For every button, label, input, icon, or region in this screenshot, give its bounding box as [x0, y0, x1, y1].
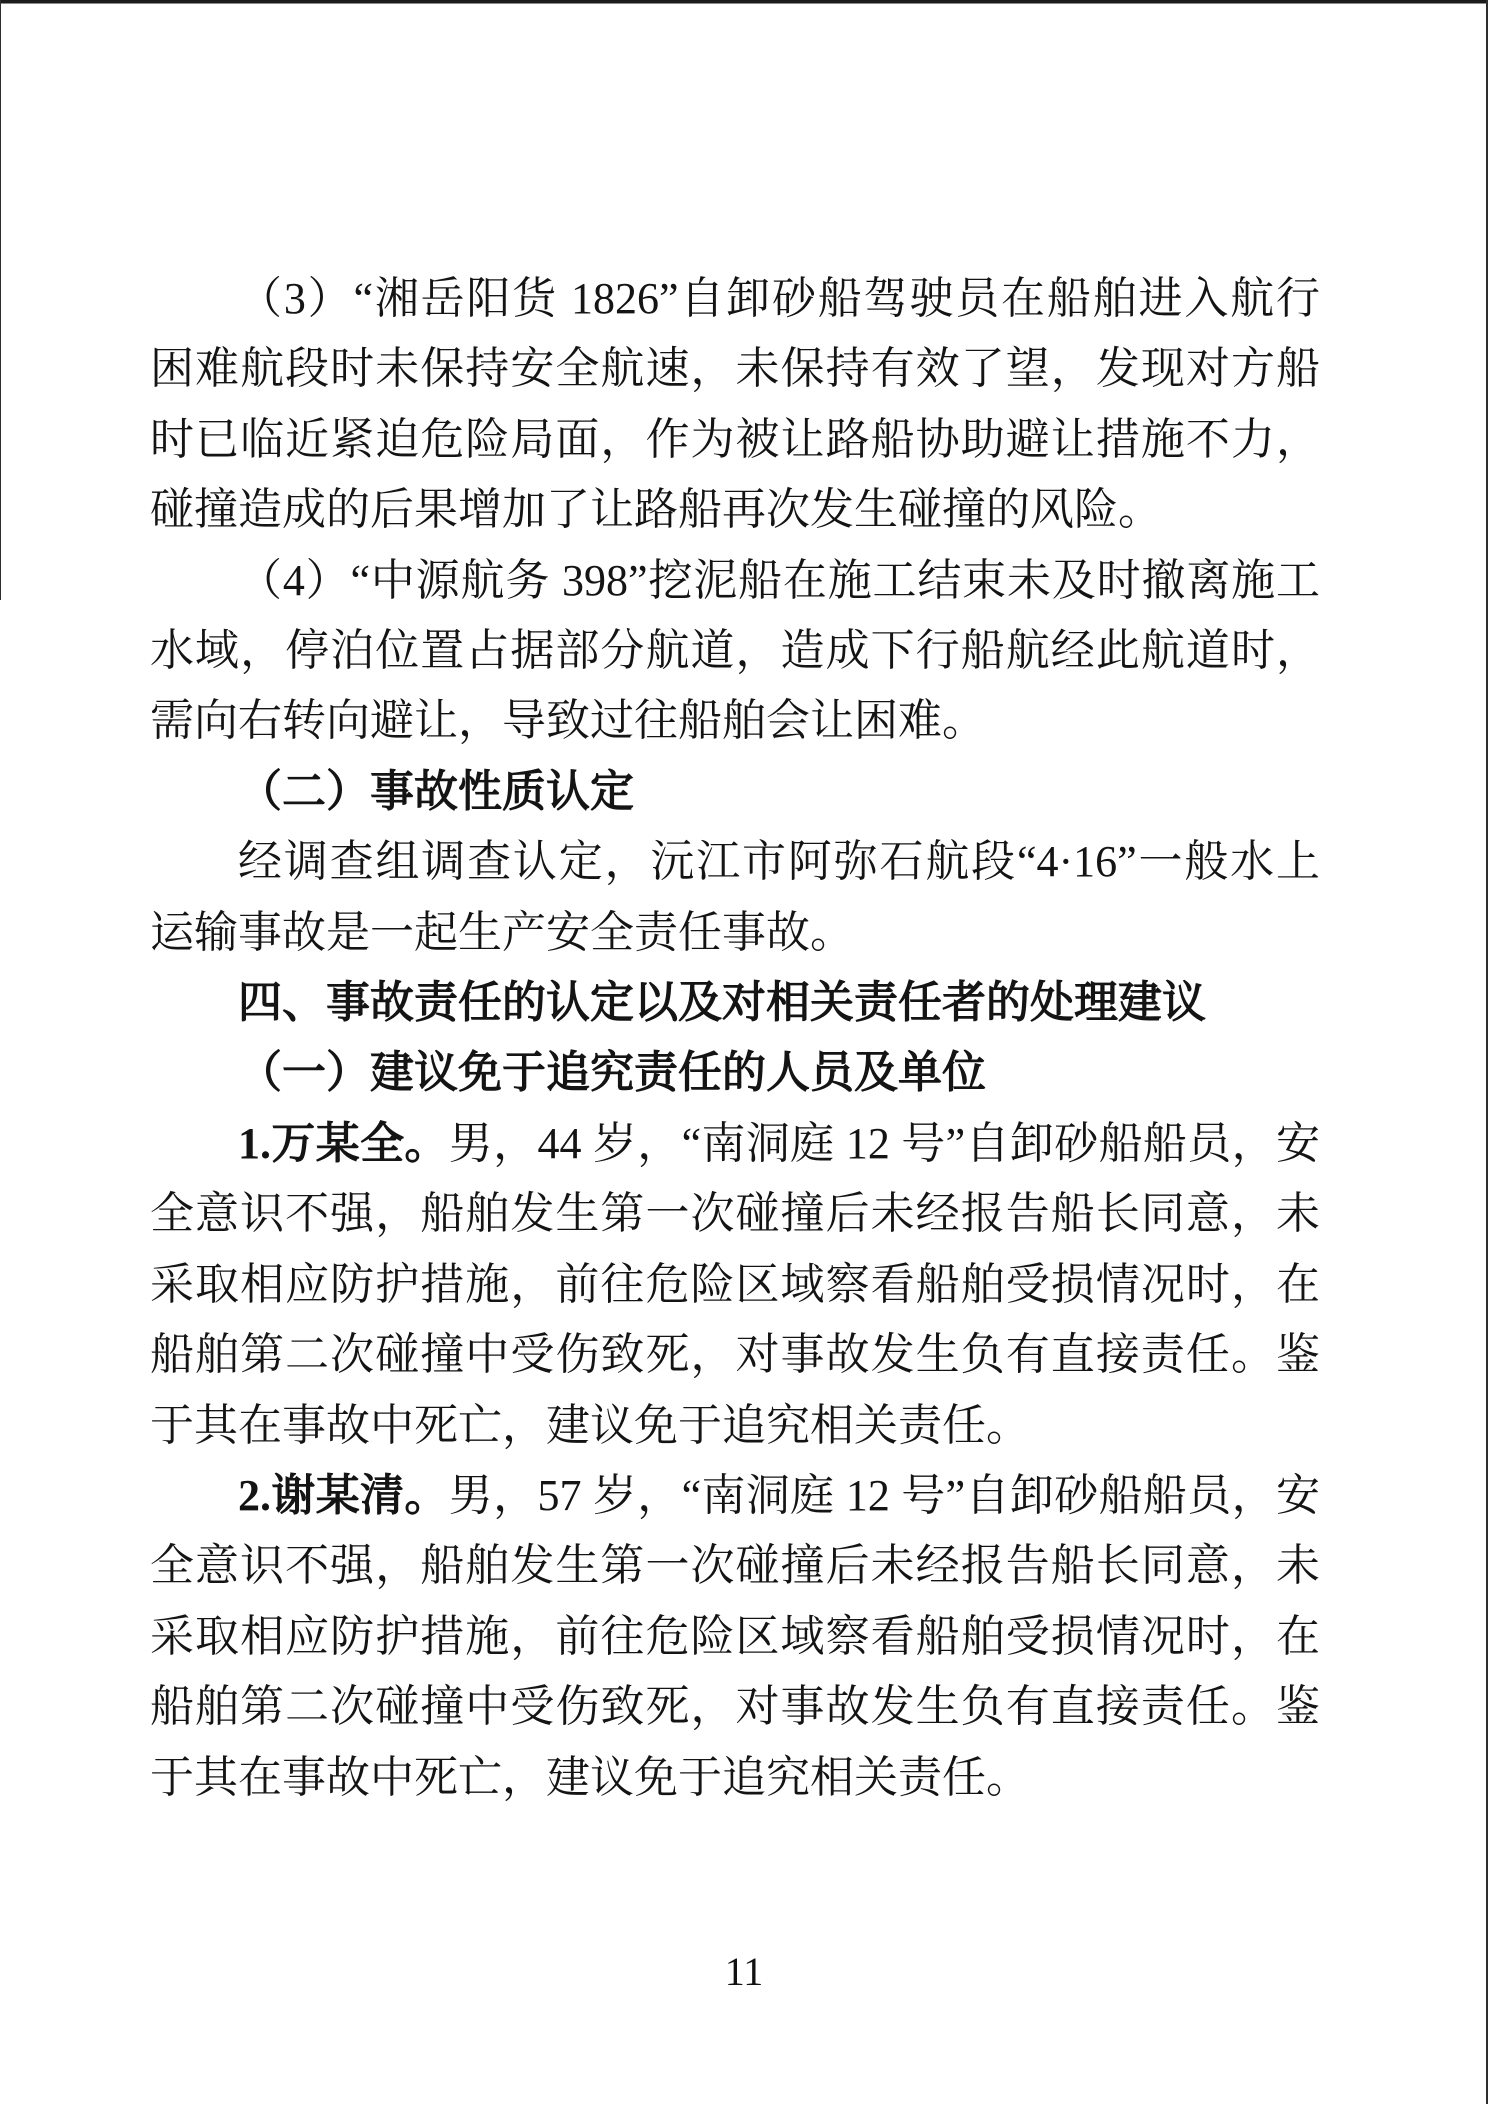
document-body: （3）“湘岳阳货 1826”自卸砂船驾驶员在船舶进入航行困难航段时未保持安全航速…	[150, 264, 1320, 1813]
paragraph-accident-nature-finding: 经调查组调查认定，沅江市阿弥石航段“4·16”一般水上运输事故是一起生产安全责任…	[150, 827, 1320, 968]
person-2-description: 男，57 岁，“南洞庭 12 号”自卸砂船船员，安全意识不强，船舶发生第一次碰撞…	[150, 1471, 1320, 1802]
person-2-name-label: 2.谢某清。	[238, 1471, 449, 1520]
person-1-name-label: 1.万某全。	[238, 1119, 449, 1168]
section-heading-exempt-persons: （一）建议免于追究责任的人员及单位	[150, 1038, 1320, 1108]
page-number: 11	[0, 1948, 1488, 1996]
document-page: （3）“湘岳阳货 1826”自卸砂船驾驶员在船舶进入航行困难航段时未保持安全航速…	[0, 0, 1488, 2104]
person-1-description: 男，44 岁，“南洞庭 12 号”自卸砂船船员，安全意识不强，船舶发生第一次碰撞…	[150, 1119, 1320, 1450]
page-edge-top-line	[0, 0, 1488, 4]
page-edge-left-line	[0, 0, 1, 600]
section-heading-accident-nature: （二）事故性质认定	[150, 757, 1320, 827]
paragraph-item-4: （4）“中源航务 398”挖泥船在施工结束未及时撤离施工水域，停泊位置占据部分航…	[150, 546, 1320, 757]
paragraph-person-2: 2.谢某清。男，57 岁，“南洞庭 12 号”自卸砂船船员，安全意识不强，船舶发…	[150, 1461, 1320, 1813]
chapter-heading-responsibility: 四、事故责任的认定以及对相关责任者的处理建议	[150, 968, 1320, 1038]
paragraph-item-3: （3）“湘岳阳货 1826”自卸砂船驾驶员在船舶进入航行困难航段时未保持安全航速…	[150, 264, 1320, 546]
paragraph-person-1: 1.万某全。男，44 岁，“南洞庭 12 号”自卸砂船船员，安全意识不强，船舶发…	[150, 1109, 1320, 1461]
